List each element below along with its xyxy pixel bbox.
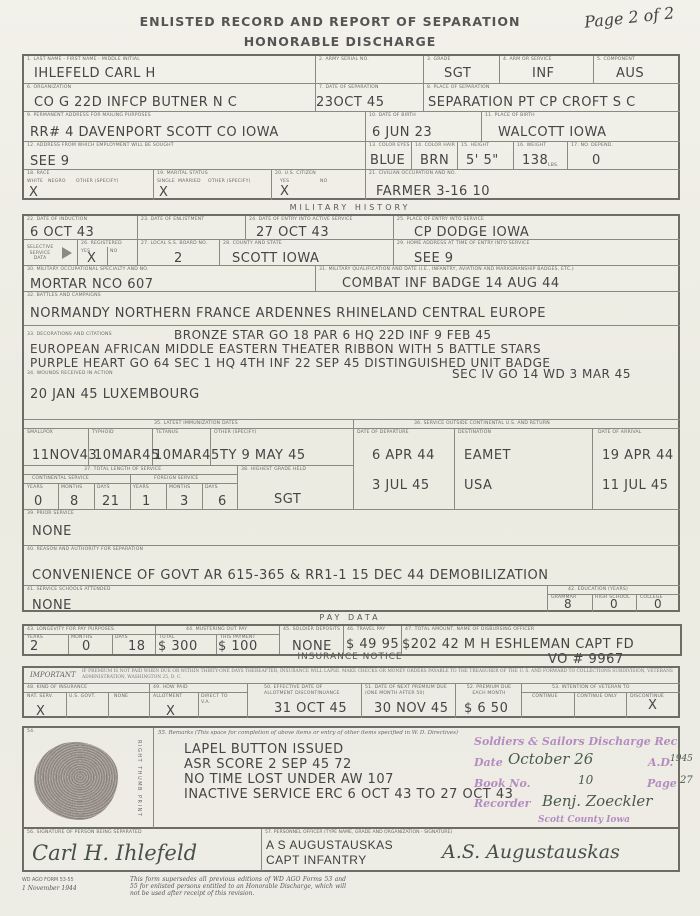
field-label: 27. Local S.S. board no. (141, 241, 207, 246)
continental-label: Continental service (32, 476, 89, 481)
field-local-board: 27. Local S.S. board no. 2 (138, 240, 220, 266)
field-label: 28. County and state (223, 241, 282, 246)
organization-value: CO G 22D INFCP BUTNER N C (34, 95, 237, 110)
field-label: 25. Place of entry into service (397, 217, 484, 222)
field-premium-due: 52. Premium due each month $ 6 50 (456, 684, 522, 718)
effective-date-value: 31 OCT 45 (274, 701, 347, 716)
field-label: 37. Total length of service (84, 467, 161, 472)
field-label: 13. Color eyes (369, 143, 410, 148)
longevity-value: 18 (128, 639, 146, 654)
stamp-ad-value: 1945 (670, 754, 693, 764)
marital-option-other: Other (specify) (208, 179, 251, 184)
form-title: ENLISTED RECORD AND REPORT OF SEPARATION (90, 14, 570, 29)
field-overseas: 36. Service outside continental U.S. and… (354, 420, 680, 510)
insurance-section: IMPORTANT IF PREMIUM IS NOT PAID WHEN DU… (22, 666, 680, 718)
separation-reason-value: CONVENIENCE OF GOVT AR 615-365 & RR1-1 1… (32, 568, 548, 583)
field-highest-grade: 38. Highest grade held SGT (238, 466, 354, 510)
dob-value: 6 JUN 23 (372, 125, 432, 140)
education-value: 8 (564, 597, 572, 611)
field-county-state: 28. County and state SCOTT IOWA (220, 240, 394, 266)
paid-mark: X (166, 704, 175, 719)
overseas-destination: USA (464, 478, 492, 493)
field-personnel-officer: 57. Personnel officer (Type name, grade … (262, 829, 680, 871)
education-value: 0 (610, 597, 618, 611)
field-label: 23. Date of enlistment (141, 217, 204, 222)
field-label: 26. Registered (81, 241, 122, 246)
field-label: 15. Height (461, 143, 489, 148)
field-label: 32. Battles and campaigns (27, 293, 101, 298)
total-amount-value: $202 42 M H ESHLEMAN CAPT FD (402, 637, 634, 652)
field-label: 53. Intention of veteran to (552, 685, 630, 690)
race-option-other: Other (specify) (76, 179, 119, 184)
field-travel-pay: 46. Travel pay $ 49 95 (344, 626, 402, 654)
field-decorations: 33. Decorations and citations BRONZE STA… (24, 326, 680, 370)
home-address-value: SEE 9 (414, 251, 454, 266)
entry-place-value: CP DODGE IOWA (414, 225, 529, 240)
field-arm: 4. Arm or service INF (500, 56, 594, 84)
overseas-arrival: 11 JUL 45 (602, 478, 668, 493)
military-history-section: 22. Date of induction 6 OCT 43 23. Date … (22, 214, 680, 612)
longevity-value: 0 (82, 639, 91, 654)
field-label: 48. Kind of insurance (27, 685, 87, 690)
service-schools-value: NONE (32, 598, 72, 613)
field-label: 19. Marital status (157, 171, 208, 176)
field-label: 4. Arm or service (503, 57, 552, 62)
marital-option-married: Married (178, 179, 201, 184)
wounds-value: 20 JAN 45 LUXEMBOURG (30, 387, 200, 402)
field-label: 46. Travel pay (347, 627, 385, 632)
component-value: AUS (616, 66, 644, 81)
field-education: 42. Education (Years) Grammar High Schoo… (548, 586, 680, 612)
field-label: 3. Grade (427, 57, 451, 62)
field-prior-service: 39. Prior service NONE (24, 510, 680, 546)
address-value: RR# 4 DAVENPORT SCOTT CO IOWA (30, 125, 279, 140)
field-soldier-deposits: 45. Soldier deposits NONE (280, 626, 344, 654)
thumb-caption: RIGHT THUMB PRINT (136, 740, 142, 817)
form-supersedes-note: This form supersedes all previous editio… (130, 876, 346, 897)
length-value: 0 (34, 494, 43, 509)
field-label: 39. Prior service (27, 511, 74, 516)
field-grade: 3. Grade SGT (424, 56, 500, 84)
field-place-of-birth: 11. Place of birth WALCOTT IOWA (482, 112, 680, 142)
field-label: 1. Last name - first name - middle initi… (27, 57, 140, 62)
field-label: 5. Component (597, 57, 635, 62)
field-label: 9. Permanent address for mailing purpose… (27, 113, 151, 118)
remarks-label: 55. Remarks (This space for completion o… (158, 730, 458, 736)
field-registered: 26. Registered Yes No X (78, 240, 138, 266)
field-label: 20. U.S. Citizen (275, 171, 316, 176)
field-induction: 22. Date of induction 6 OCT 43 (24, 216, 138, 240)
field-occupation: 21. Civilian occupation and no. FARMER 3… (366, 170, 680, 200)
field-label: 16. Weight (517, 143, 546, 148)
field-label: 52. Premium due each month (464, 685, 514, 696)
immunization-tetanus: 10MAR45 (154, 448, 220, 463)
field-total-amount: 47. Total amount, name of disbursing off… (402, 626, 680, 654)
decoration-line: BRONZE STAR GO 18 PAR 6 HQ 22D INF 9 FEB… (174, 328, 492, 342)
field-eyes: 13. Color eyes BLUE (366, 142, 412, 170)
travel-pay-value: $ 49 95 (346, 637, 399, 652)
field-label: 36. Service outside continental U.S. and… (414, 421, 550, 426)
field-organization: 6. Organization CO G 22D INFCP BUTNER N … (24, 84, 316, 112)
grade-value: SGT (444, 66, 471, 81)
length-value: 6 (218, 494, 227, 509)
highest-grade-value: SGT (274, 492, 301, 507)
page-note: Page 2 of 2 (583, 3, 675, 31)
field-label: 22. Date of induction (27, 217, 87, 222)
field-entry-place: 25. Place of entry into service CP DODGE… (394, 216, 680, 240)
decoration-line: SEC IV GO 14 WD 3 MAR 45 (452, 367, 631, 381)
immunization-header: Other (specify) (214, 430, 257, 435)
field-weight: 16. Weight 138 LBS. (514, 142, 568, 170)
employment-address-value: SEE 9 (30, 154, 70, 169)
overseas-arrival: 19 APR 44 (602, 448, 674, 463)
pay-data-heading: PAY DATA (20, 613, 680, 622)
field-label: 17. No. depend. (571, 143, 613, 148)
stamp-date-value: October 26 (508, 750, 593, 768)
active-entry-value: 27 OCT 43 (256, 225, 329, 240)
field-label: 49. How paid (153, 685, 188, 690)
field-active-entry: 24. Date of entry into active service 27… (246, 216, 394, 240)
field-label: 38. Highest grade held (241, 467, 306, 472)
immunization-header: Smallpox (27, 430, 53, 435)
field-label: 2. Army serial no. (319, 57, 369, 62)
stamp-county: Scott County Iowa (538, 815, 630, 825)
premium-due-value: $ 6 50 (464, 701, 508, 716)
overseas-header: Date of arrival (598, 430, 642, 435)
form-subtitle: HONORABLE DISCHARGE (140, 34, 540, 49)
length-value: 8 (70, 494, 79, 509)
paid-option: Allotment (153, 694, 182, 699)
remarks-line: NO TIME LOST UNDER AW 107 (184, 772, 394, 787)
education-value: 0 (654, 597, 662, 611)
field-label: 8. Place of separation (427, 85, 489, 90)
field-serial: 2. Army serial no. (316, 56, 424, 84)
separation-place-value: SEPARATION PT CP CROFT S C (428, 95, 636, 110)
citizen-mark: X (280, 184, 289, 199)
height-value: 5' 5" (466, 153, 499, 168)
important-text: IF PREMIUM IS NOT PAID WHEN DUE OR WITHI… (82, 669, 676, 681)
field-label: 35. Latest immunization dates (154, 421, 238, 426)
length-value: 1 (142, 494, 151, 509)
signature-section: 56. Signature of person being separated … (22, 828, 680, 872)
overseas-header: Date of departure (357, 430, 409, 435)
immunization-typhoid: 10MAR45 (94, 448, 160, 463)
field-separation-reason: 40. Reason and authority for separation … (24, 546, 680, 586)
field-qualification: 31. Military qualification and date (i.e… (316, 266, 680, 292)
stamp-page-value: 27 (680, 775, 693, 786)
field-wounds: 34. Wounds received in action SEC IV GO … (24, 370, 680, 420)
field-label: 12. Address from which employment will b… (27, 143, 174, 148)
officer-name: A S AUGUSTAUSKAS (266, 838, 393, 852)
field-address: 9. Permanent address for mailing purpose… (24, 112, 366, 142)
immunization-other: TY 9 MAY 45 (220, 448, 306, 463)
discharge-form: ENLISTED RECORD AND REPORT OF SEPARATION… (0, 0, 700, 916)
field-label: 43. Longevity for pay purposes (27, 627, 114, 632)
field-kind-of-insurance: 48. Kind of insurance Nat. Serv. U.S. Go… (24, 684, 150, 718)
field-employment-address: 12. Address from which employment will b… (24, 142, 366, 170)
kind-option: U.S. Govt. (69, 694, 96, 699)
field-label: 14. Color hair (415, 143, 455, 148)
length-value: 21 (102, 494, 120, 509)
foreign-label: Foreign service (154, 476, 199, 481)
field-label: 24. Date of entry into active service (249, 217, 353, 222)
kind-option: Nat. Serv. (27, 694, 53, 699)
field-label: 42. Education (Years) (568, 587, 628, 592)
field-length-of-service: 37. Total length of service Continental … (24, 466, 238, 510)
length-header: Months (169, 485, 190, 490)
officer-signature: A.S. Augustauskas (442, 841, 620, 863)
field-label: 51. Date of next premium due (One month … (365, 685, 453, 696)
longevity-header: Days (115, 635, 128, 640)
field-label: 18. Race (27, 171, 50, 176)
length-header: Years (27, 485, 43, 490)
selective-service-data: Selective Service Data (24, 240, 78, 266)
mos-value: MORTAR NCO 607 (30, 277, 154, 292)
immunization-header: Typhoid (92, 430, 114, 435)
thumbprint-image (34, 742, 118, 820)
field-mos: 30. Military occupational specialty and … (24, 266, 316, 292)
immunization-header: Tetanus (156, 430, 178, 435)
weight-unit: LBS. (548, 163, 559, 168)
name-value: IHLEFELD CARL H (34, 66, 156, 81)
field-race: 18. Race White Negro Other (specify) X (24, 170, 154, 200)
marital-mark: X (159, 185, 168, 200)
overseas-departure: 6 APR 44 (372, 448, 435, 463)
field-mustering-out-pay: 44. Mustering out pay Total This payment… (156, 626, 280, 654)
field-next-premium: 51. Date of next premium due (One month … (362, 684, 456, 718)
field-marital-status: 19. Marital status Single Married Other … (154, 170, 272, 200)
registered-mark: X (87, 251, 96, 266)
arrow-icon (62, 247, 72, 259)
weight-value: 138 (522, 153, 548, 168)
field-service-schools: 41. Service schools attended NONE (24, 586, 548, 612)
field-label: 31. Military qualification and date (i.e… (319, 267, 574, 272)
length-header: Days (97, 485, 110, 490)
field-label: 47. Total amount, name of disbursing off… (405, 627, 534, 632)
intention-option: Continue only (577, 694, 617, 699)
field-label: 57. Personnel officer (Type name, grade … (265, 830, 452, 835)
overseas-destination: EAMET (464, 448, 511, 463)
form-id: WD AGO FORM 53-55 (22, 878, 74, 883)
mustering-total: $ 300 (158, 639, 198, 654)
field-component: 5. Component AUS (594, 56, 680, 84)
remarks-line: ASR SCORE 2 SEP 45 72 (184, 757, 352, 772)
hair-value: BRN (420, 153, 449, 168)
field-label: Selective Service Data (27, 245, 53, 262)
paid-option: Direct to V.A. (201, 694, 229, 705)
arm-value: INF (532, 66, 555, 81)
kind-option: None (114, 694, 128, 699)
field-separation-date: 7. Date of separation 23OCT 45 (316, 84, 424, 112)
qualification-value: COMBAT INF BADGE 14 AUG 44 (342, 276, 560, 291)
separation-date-value: 23OCT 45 (316, 95, 384, 110)
field-label: 10. Date of birth (369, 113, 416, 118)
intention-mark: X (648, 698, 657, 713)
intention-option: Continue (532, 694, 558, 699)
stamp-book-label: Book No. (474, 777, 530, 790)
field-label: 41. Service schools attended (27, 587, 111, 592)
remarks-line: LAPEL BUTTON ISSUED (184, 742, 344, 757)
dependents-value: 0 (592, 153, 601, 168)
stamp-book-value: 10 (578, 773, 593, 787)
field-battles: 32. Battles and campaigns NORMANDY NORTH… (24, 292, 680, 326)
kind-mark: X (36, 704, 45, 719)
occupation-value: FARMER 3-16 10 (376, 184, 490, 199)
field-label: 34. Wounds received in action (27, 371, 113, 376)
form-date: 1 November 1944 (22, 885, 77, 892)
field-label: 29. Home address at time of entry into s… (397, 241, 530, 246)
local-board-value: 2 (174, 251, 183, 266)
field-date-of-birth: 10. Date of birth 6 JUN 23 (366, 112, 482, 142)
race-option-white: White (27, 179, 43, 184)
field-immunization: 35. Latest immunization dates Smallpox T… (24, 420, 354, 466)
length-header: Years (133, 485, 149, 490)
field-label: 30. Military occupational specialty and … (27, 267, 149, 272)
eyes-value: BLUE (370, 153, 405, 168)
stamp-title: Soldiers & Sailors Discharge Rec (474, 735, 677, 748)
stamp-recorder-label: Recorder (474, 797, 530, 810)
field-effective-date: 50. Effective date of allotment disconti… (248, 684, 362, 718)
field-label: 44. Mustering out pay (186, 627, 247, 632)
field-longevity: 43. Longevity for pay purposes Years Mon… (24, 626, 156, 654)
thumbprint-area: 54. RIGHT THUMB PRINT (24, 728, 154, 828)
field-separation-place: 8. Place of separation SEPARATION PT CP … (424, 84, 680, 112)
field-hair: 14. Color hair BRN (412, 142, 458, 170)
battles-value: NORMANDY NORTHERN FRANCE ARDENNES RHINEL… (30, 306, 546, 321)
field-label: 7. Date of separation (319, 85, 379, 90)
field-label: 11. Place of birth (485, 113, 535, 118)
length-value: 3 (180, 494, 189, 509)
field-citizen: 20. U.S. Citizen Yes No X (272, 170, 366, 200)
race-mark: X (29, 185, 38, 200)
field-separatee-signature: 56. Signature of person being separated … (24, 829, 262, 871)
pob-value: WALCOTT IOWA (498, 125, 606, 140)
field-height: 15. Height 5' 5" (458, 142, 514, 170)
induction-value: 6 OCT 43 (30, 225, 94, 240)
personal-section: 1. Last name - first name - middle initi… (22, 54, 680, 200)
length-header: Months (61, 485, 82, 490)
race-option-negro: Negro (48, 179, 66, 184)
stamp-page-label: Page (647, 777, 677, 790)
marital-option-single: Single (157, 179, 175, 184)
voucher-number: VO # 9967 (548, 652, 624, 667)
field-label: 40. Reason and authority for separation (27, 547, 143, 552)
field-home-address: 29. Home address at time of entry into s… (394, 240, 680, 266)
immunization-smallpox: 11NOV43 (32, 448, 97, 463)
important-label: IMPORTANT (30, 671, 76, 679)
field-label: 33. Decorations and citations (27, 332, 112, 337)
next-premium-value: 30 NOV 45 (374, 701, 448, 716)
field-dependents: 17. No. depend. 0 (568, 142, 680, 170)
stamp-recorder-value: Benj. Zoeckler (542, 792, 652, 810)
field-label: 54. (27, 729, 35, 734)
field-label: 56. Signature of person being separated (27, 830, 142, 835)
insurance-notice-heading: INSURANCE NOTICE (250, 652, 450, 662)
citizen-option-no: No (320, 179, 327, 184)
field-enlistment: 23. Date of enlistment (138, 216, 246, 240)
overseas-header: Destination (458, 430, 491, 435)
insurance-important-notice: IMPORTANT IF PREMIUM IS NOT PAID WHEN DU… (24, 668, 680, 684)
county-state-value: SCOTT IOWA (232, 251, 319, 266)
decoration-line: EUROPEAN AFRICAN MIDDLE EASTERN THEATER … (30, 342, 541, 356)
field-intention: 53. Intention of veteran to Continue Con… (522, 684, 680, 718)
field-label: 45. Soldier deposits (283, 627, 340, 632)
longevity-value: 2 (30, 639, 39, 654)
registered-option-no: No (110, 249, 117, 254)
remarks-line: INACTIVE SERVICE ERC 6 OCT 43 TO 27 OCT … (184, 787, 513, 802)
length-header: Days (205, 485, 218, 490)
field-name: 1. Last name - first name - middle initi… (24, 56, 316, 84)
field-label: 21. Civilian occupation and no. (369, 171, 456, 176)
field-label: 6. Organization (27, 85, 71, 90)
field-how-paid: 49. How paid Allotment Direct to V.A. X (150, 684, 248, 718)
overseas-departure: 3 JUL 45 (372, 478, 430, 493)
officer-rank: CAPT INFANTRY (266, 853, 367, 867)
stamp-date-label: Date (474, 756, 503, 769)
field-label: 50. Effective date of allotment disconti… (264, 685, 344, 696)
military-history-heading: MILITARY HISTORY (20, 203, 680, 212)
prior-service-value: NONE (32, 524, 72, 539)
separatee-signature: Carl H. Ihlefeld (32, 841, 197, 865)
